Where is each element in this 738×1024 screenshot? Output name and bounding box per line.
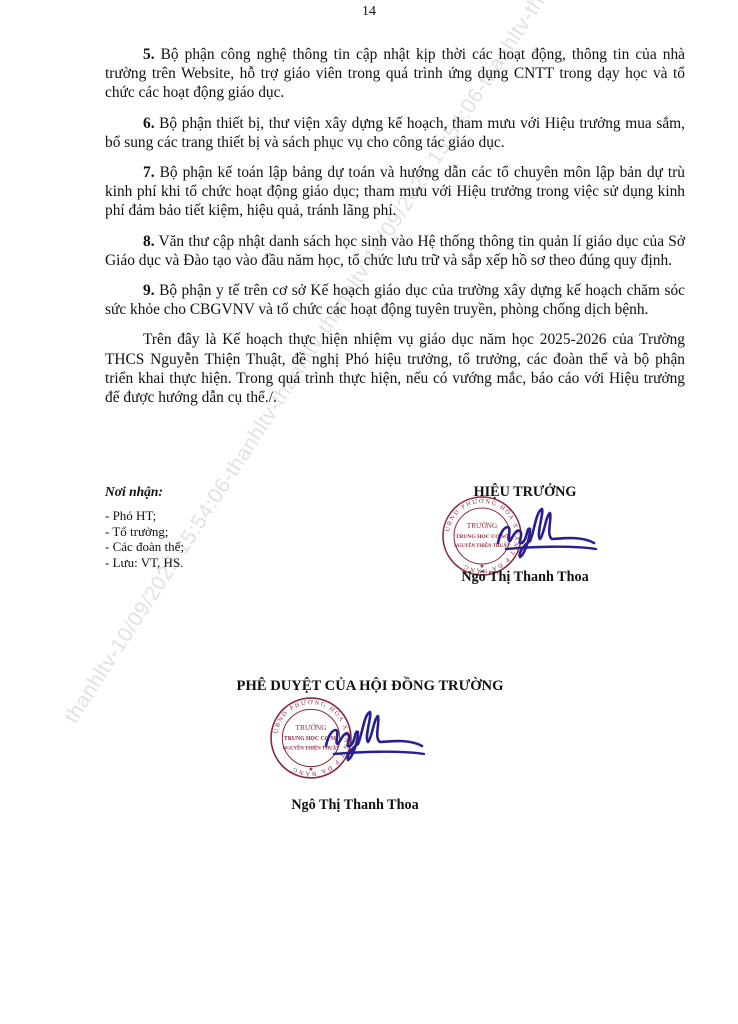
recipient-item: - Phó HT; (105, 508, 184, 524)
closing-paragraph: Trên đây là Kế hoạch thực hiện nhiệm vụ … (105, 330, 685, 407)
body-text: 5. Bộ phận công nghệ thông tin cập nhật … (105, 45, 685, 418)
paragraph-text: Văn thư cập nhật danh sách học sinh vào … (105, 233, 685, 269)
paragraph-number: 6. (143, 115, 155, 132)
approval-title: PHÊ DUYỆT CỦA HỘI ĐỒNG TRƯỜNG (180, 678, 560, 695)
paragraph-5: 5. Bộ phận công nghệ thông tin cập nhật … (105, 45, 685, 103)
paragraph-number: 7. (143, 164, 155, 181)
signature-icon (318, 708, 428, 768)
recipient-item: - Các đoàn thể; (105, 539, 184, 555)
paragraph-number: 5. (143, 46, 155, 63)
paragraph-text: Bộ phận y tế trên cơ sở Kế hoạch giáo dụ… (105, 282, 685, 318)
principal-name: Ngô Thị Thanh Thoa (415, 569, 635, 586)
paragraph-text: Bộ phận kế toán lập bảng dự toán và hướn… (105, 164, 685, 219)
paragraph-number: 9. (143, 282, 155, 299)
paragraph-9: 9. Bộ phận y tế trên cơ sở Kế hoạch giáo… (105, 281, 685, 319)
recipient-item: - Tổ trưởng; (105, 524, 184, 540)
paragraph-6: 6. Bộ phận thiết bị, thư viện xây dựng k… (105, 114, 685, 152)
page-number: 14 (0, 4, 738, 20)
paragraph-8: 8. Văn thư cập nhật danh sách học sinh v… (105, 232, 685, 270)
paragraph-number: 8. (143, 233, 155, 250)
recipients-title: Nơi nhận: (105, 484, 184, 500)
recipient-item: - Lưu: VT, HS. (105, 555, 184, 571)
recipients: Nơi nhận: - Phó HT; - Tổ trưởng; - Các đ… (105, 484, 184, 571)
paragraph-text: Bộ phận thiết bị, thư viện xây dựng kế h… (105, 115, 685, 151)
paragraph-7: 7. Bộ phận kế toán lập bảng dự toán và h… (105, 163, 685, 221)
approval-name: Ngô Thị Thanh Thoa (245, 797, 465, 814)
paragraph-text: Bộ phận công nghệ thông tin cập nhật kịp… (105, 46, 685, 101)
signature-icon (490, 505, 600, 565)
svg-text:★: ★ (308, 766, 314, 773)
